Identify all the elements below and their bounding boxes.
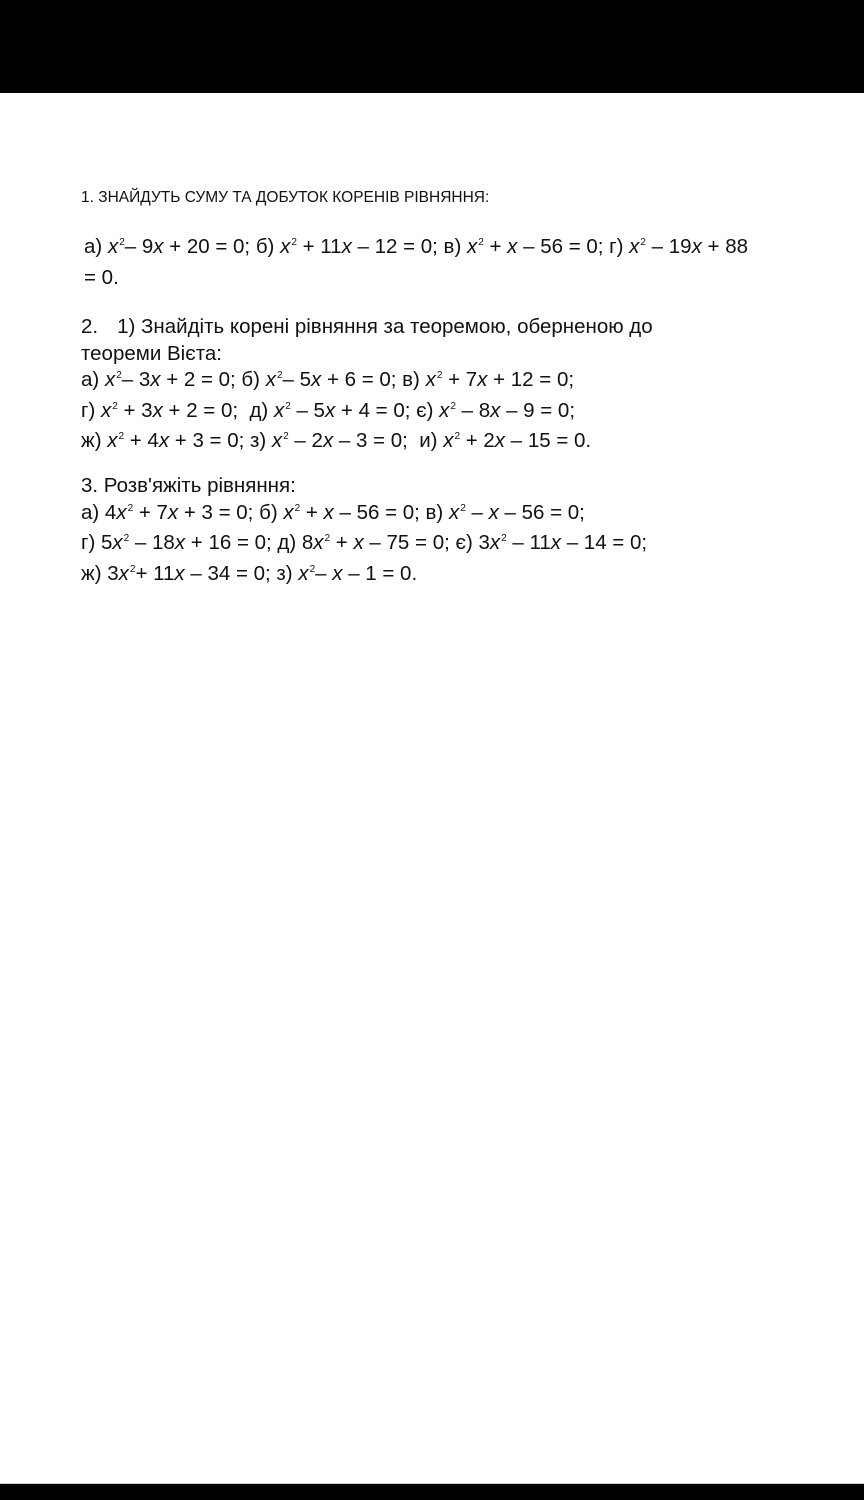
task-2: 2.1) Знайдіть корені рівняння за теоремо… (81, 314, 653, 459)
top-black-bar (0, 0, 864, 93)
task-3-equations-row-3: ж) 3x2+ 11x – 34 = 0; з) x2– x – 1 = 0. (81, 561, 647, 592)
bottom-black-bar (0, 1483, 864, 1500)
document-page: 1. ЗНАЙДУТЬ СУМУ ТА ДОБУТОК КОРЕНІВ РІВН… (0, 93, 864, 1483)
task-3-equations-row-2: г) 5x2 – 18x + 16 = 0; д) 8x2 + x – 75 =… (81, 530, 647, 561)
task-2-heading-line-2: теореми Вієта: (81, 341, 653, 368)
task-2-heading-line-1: 2.1) Знайдіть корені рівняння за теоремо… (81, 314, 653, 341)
task-1-line-2: = 0. (84, 265, 748, 292)
task-2-equations-row-2: г) x2 + 3x + 2 = 0; д) x2 – 5x + 4 = 0; … (81, 398, 653, 429)
task-3-heading: 3. Розв'яжіть рівняння: (81, 473, 647, 500)
task-2-number: 2. (81, 315, 98, 338)
task-3-equations-row-1: а) 4x2 + 7x + 3 = 0; б) x2 + x – 56 = 0;… (81, 500, 647, 531)
task-2-equations-row-1: а) x2– 3x + 2 = 0; б) x2– 5x + 6 = 0; в)… (81, 367, 653, 398)
task-2-heading-text: 1) Знайдіть корені рівняння за теоремою,… (117, 315, 653, 338)
task-1-equations: а) x2– 9x + 20 = 0; б) x2 + 11x – 12 = 0… (84, 234, 748, 291)
task-3: 3. Розв'яжіть рівняння: а) 4x2 + 7x + 3 … (81, 473, 647, 591)
task-1-heading: 1. ЗНАЙДУТЬ СУМУ ТА ДОБУТОК КОРЕНІВ РІВН… (81, 189, 489, 207)
task-1-line-1: а) x2– 9x + 20 = 0; б) x2 + 11x – 12 = 0… (84, 234, 748, 265)
task-2-equations-row-3: ж) x2 + 4x + 3 = 0; з) x2 – 2x – 3 = 0; … (81, 428, 653, 459)
